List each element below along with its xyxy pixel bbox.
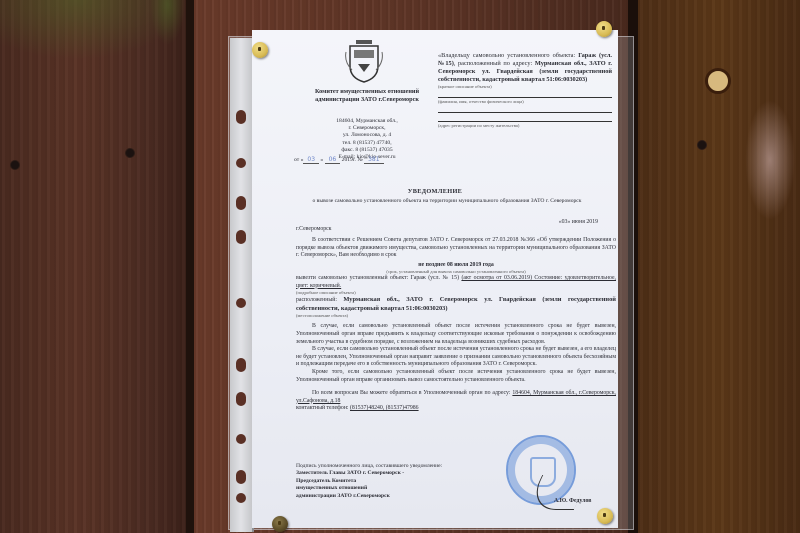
punch-hole-icon (236, 493, 246, 503)
signer-position-line: администрации ЗАТО г.Североморск (296, 493, 506, 500)
punch-hole-icon (236, 196, 246, 210)
fill-line (438, 90, 612, 98)
document-number-line: от «03 » 06 2019г. № 381 (294, 156, 444, 163)
caption-registration: (адрес регистрации по месту жительства) (438, 123, 612, 129)
date-prefix: от « (294, 157, 303, 163)
wood-plank-left (0, 0, 190, 533)
document-city: г.Североморск (296, 226, 332, 232)
handwritten-month: 06 (325, 156, 341, 164)
punch-hole-icon (236, 298, 246, 308)
address-line: тел. 8 (81537) 47740, (314, 140, 420, 147)
phone-line: контактный телефон: (81537)48240, (81537… (296, 405, 616, 413)
nail-icon (697, 140, 707, 150)
address-line: 184604, Мурманская обл., (314, 118, 420, 125)
paragraph: Кроме того, если самовольно установленны… (296, 369, 616, 384)
nail-icon (10, 160, 20, 170)
address-line: ул. Ломоносова, д. 4 (314, 132, 420, 139)
location-value: Мурманская обл., ЗАТО г. Североморск ул.… (296, 296, 616, 312)
removal-line: вывезти самовольно установленный объект:… (296, 275, 616, 290)
fill-line (438, 114, 612, 122)
document-date: «03» июня 2019 (559, 219, 598, 225)
punch-hole-icon (236, 158, 246, 168)
location-label: расположенный: (296, 297, 343, 303)
document-subtitle: о вывозе самовольно установленного объек… (282, 198, 612, 205)
peeling-paint (745, 100, 795, 220)
recipient-text: «Владельцу самовольно установленного объ… (438, 52, 578, 59)
signature-caption: Подпись уполномоченного лица, составивше… (296, 463, 506, 470)
notice-document: Комитет имущественных отношений админист… (252, 30, 618, 528)
paragraph: В случае, если самовольно установленный … (296, 346, 616, 369)
location-line: расположенный: Мурманская обл., ЗАТО г. … (296, 296, 616, 313)
phone-numbers: (81537)48240, (81537)47986 (350, 405, 419, 411)
address-line: факс. 8 (81537) 47035 (314, 147, 420, 154)
deadline: не позднее 08 июля 2019 года (296, 262, 616, 270)
pushpin-icon (272, 516, 288, 532)
punch-hole-icon (236, 110, 246, 124)
signer-position-line: Заместитель Главы ЗАТО г. Североморск - (296, 470, 506, 477)
phone-label: контактный телефон: (296, 405, 350, 411)
doc-year: 2019г. (342, 157, 356, 163)
pushpin-icon (596, 21, 612, 37)
nail-icon (125, 148, 135, 158)
contact-prefix: По всем вопросам Вы можете обратиться в … (312, 390, 512, 396)
recipient-block: «Владельцу самовольно установленного объ… (438, 52, 612, 129)
removal-prefix: вывезти самовольно установленный объект:… (296, 275, 461, 281)
signer-position-line: имущественных отношений (296, 485, 506, 492)
punch-hole-icon (236, 470, 246, 484)
document-title: УВЕДОМЛЕНИЕ (252, 188, 618, 195)
pushpin-icon (597, 508, 613, 524)
punch-hole-icon (236, 392, 246, 406)
wood-knot-icon (705, 68, 731, 94)
signature-block: Подпись уполномоченного лица, составивше… (296, 463, 506, 500)
document-body: В соответствии с Решением Совета депутат… (296, 237, 616, 413)
plank-gap (186, 0, 194, 533)
signer-name: А.Ю. Федулов (554, 498, 591, 504)
paragraph: В соответствии с Решением Совета депутат… (296, 237, 616, 260)
handwritten-doc-number: 381 (364, 156, 383, 164)
coat-of-arms-icon (344, 38, 384, 84)
paragraph: В случае, если самовольно установленный … (296, 323, 616, 346)
address-line: г. Североморск, (314, 125, 420, 132)
handwritten-day: 03 (303, 156, 319, 164)
fill-line (438, 105, 612, 113)
issuer-name: Комитет имущественных отношений админист… (312, 88, 422, 103)
punch-hole-icon (236, 230, 246, 244)
recipient-text: , расположенный по адресу: (454, 60, 535, 67)
punch-hole-icon (236, 434, 246, 444)
contact-line: По всем вопросам Вы можете обратиться в … (296, 390, 616, 405)
photo-scene: Комитет имущественных отношений админист… (0, 0, 800, 533)
pushpin-icon (252, 42, 268, 58)
doc-no-label: № (357, 157, 362, 163)
punch-hole-icon (236, 358, 246, 372)
location-caption: (местоположение объекта) (296, 313, 616, 319)
issuer-address: 184604, Мурманская обл., г. Североморск,… (314, 118, 420, 161)
